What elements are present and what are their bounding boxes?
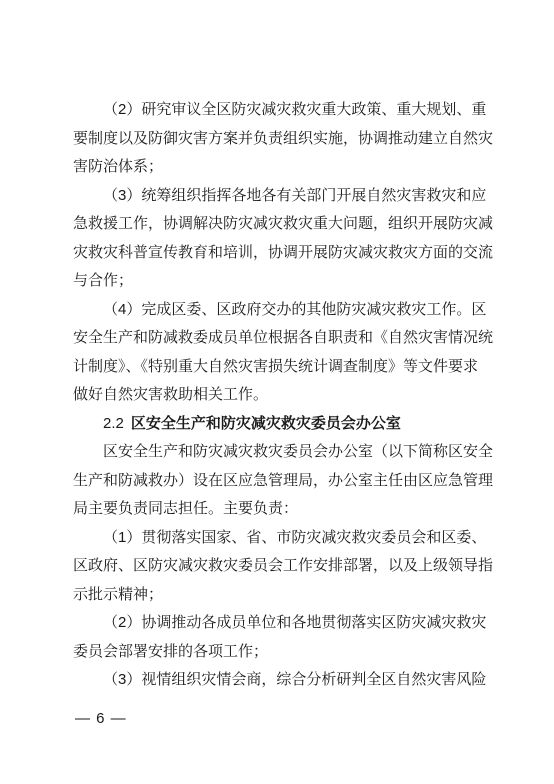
paragraph-line: （2）协调推动各成员单位和各地贯彻落实区防灾减灾救灾	[73, 609, 497, 638]
paragraph-line: 生产和防减救办）设在区应急管理局，办公室主任由区应急管理	[73, 467, 497, 496]
paragraph-line: 委员会部署安排的各项工作；	[73, 638, 497, 667]
paragraph-duty-3: （3）视情组织灾情会商，综合分析研判全区自然灾害风险	[73, 666, 497, 695]
paragraph-line: （4）完成区委、区政府交办的其他防灾减灾救灾工作。区	[73, 296, 497, 325]
paragraph-line: 与合作；	[73, 267, 497, 296]
paragraph-line: 局主要负责同志担任。主要负责：	[73, 495, 497, 524]
document-page: （2）研究审议全区防灾减灾救灾重大政策、重大规划、重 要制度以及防御灾害方案并负…	[0, 0, 554, 784]
paragraph-line: 做好自然灾害救助相关工作。	[73, 381, 497, 410]
paragraph-line: 要制度以及防御灾害方案并负责组织实施，协调推动建立自然灾	[73, 125, 497, 154]
page-number: — 6 —	[75, 709, 127, 729]
paragraph-line: 区安全生产和防灾减灾救灾委员会办公室（以下简称区安全	[73, 438, 497, 467]
paragraph-office-intro: 区安全生产和防灾减灾救灾委员会办公室（以下简称区安全 生产和防减救办）设在区应急…	[73, 438, 497, 524]
paragraph-duty-1: （1）贯彻落实国家、省、市防灾减灾救灾委员会和区委、 区政府、区防灾减灾救灾委员…	[73, 524, 497, 610]
section-heading-2-2: 2.2区安全生产和防灾减灾救灾委员会办公室	[73, 410, 497, 439]
paragraph-line: （2）研究审议全区防灾减灾救灾重大政策、重大规划、重	[73, 96, 497, 125]
paragraph-duty-2: （2）协调推动各成员单位和各地贯彻落实区防灾减灾救灾 委员会部署安排的各项工作；	[73, 609, 497, 666]
paragraph-line: 急救援工作，协调解决防灾减灾救灾重大问题，组织开展防灾减	[73, 210, 497, 239]
paragraph-line: 安全生产和防减救委成员单位根据各自职责和《自然灾害情况统	[73, 324, 497, 353]
paragraph-item-3: （3）统筹组织指挥各地各有关部门开展自然灾害救灾和应 急救援工作，协调解决防灾减…	[73, 182, 497, 296]
paragraph-item-4: （4）完成区委、区政府交办的其他防灾减灾救灾工作。区 安全生产和防减救委成员单位…	[73, 296, 497, 410]
paragraph-line: 灾救灾科普宣传教育和培训，协调开展防灾减灾救灾方面的交流	[73, 239, 497, 268]
section-heading-number: 2.2	[103, 415, 124, 432]
paragraph-line: 害防治体系；	[73, 153, 497, 182]
section-heading-title: 区安全生产和防灾减灾救灾委员会办公室	[131, 415, 401, 432]
paragraph-line: （1）贯彻落实国家、省、市防灾减灾救灾委员会和区委、	[73, 524, 497, 553]
paragraph-line: （3）视情组织灾情会商，综合分析研判全区自然灾害风险	[73, 666, 497, 695]
paragraph-line: 计制度》、《特别重大自然灾害损失统计调查制度》等文件要求	[73, 353, 497, 382]
paragraph-line: 区政府、区防灾减灾救灾委员会工作安排部署，以及上级领导指	[73, 552, 497, 581]
document-body: （2）研究审议全区防灾减灾救灾重大政策、重大规划、重 要制度以及防御灾害方案并负…	[73, 96, 497, 695]
paragraph-line: （3）统筹组织指挥各地各有关部门开展自然灾害救灾和应	[73, 182, 497, 211]
paragraph-line: 示批示精神；	[73, 581, 497, 610]
paragraph-item-2: （2）研究审议全区防灾减灾救灾重大政策、重大规划、重 要制度以及防御灾害方案并负…	[73, 96, 497, 182]
